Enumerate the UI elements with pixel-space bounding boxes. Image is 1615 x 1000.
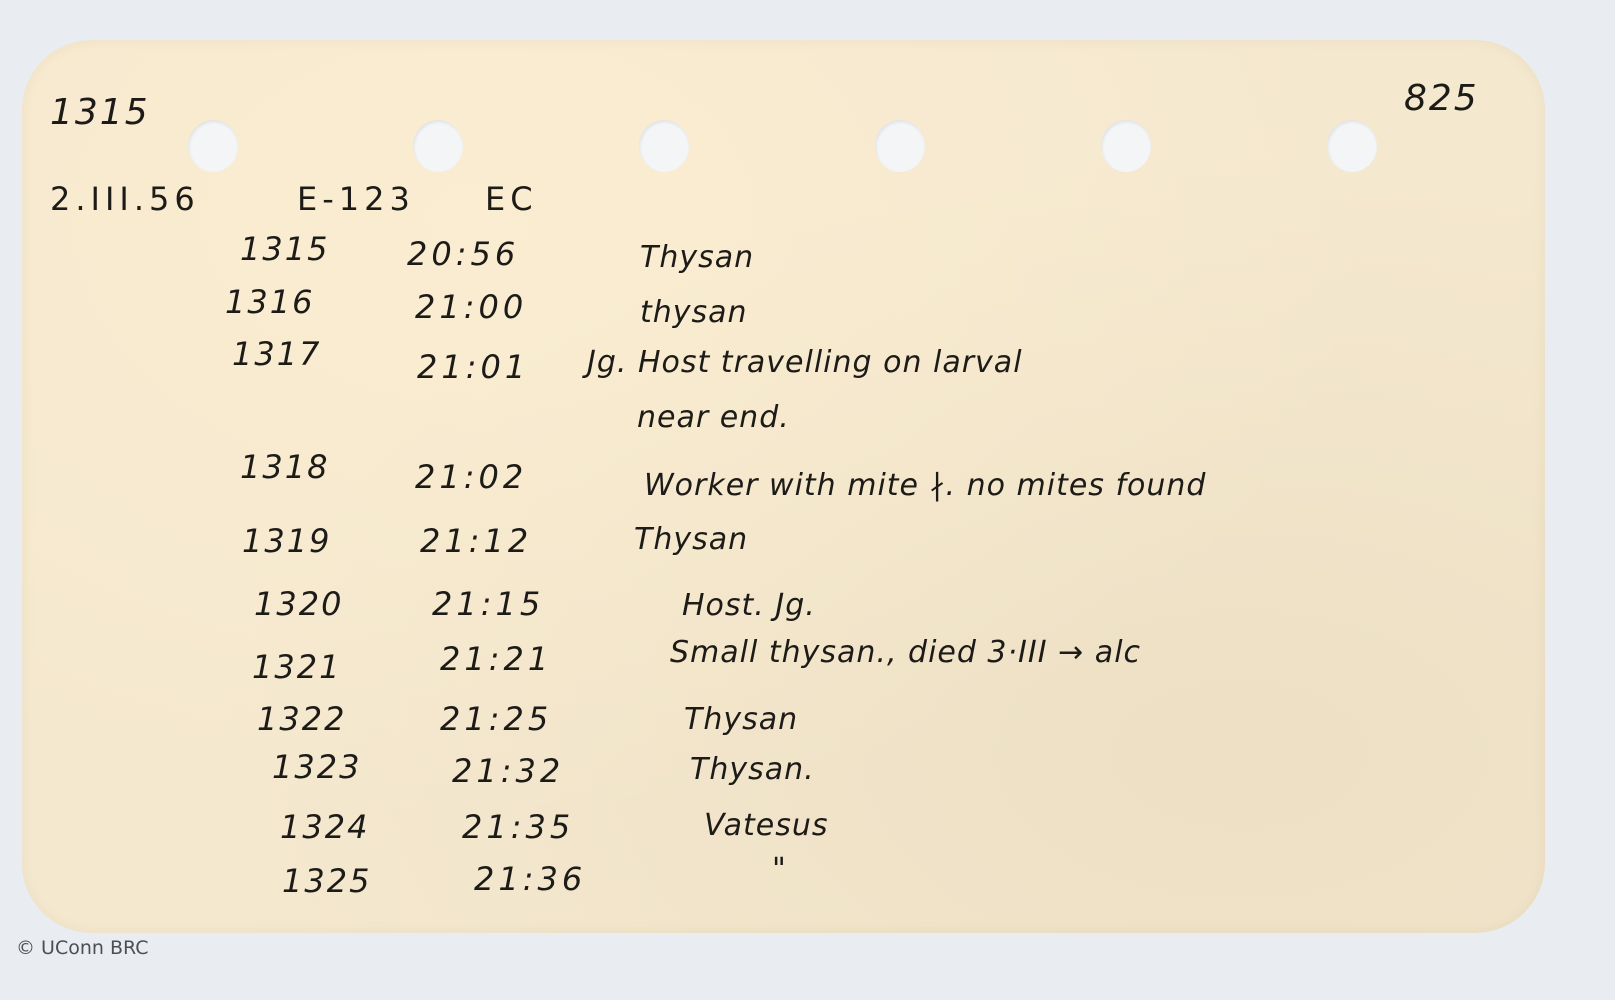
entry-time: 21:35 — [462, 808, 574, 846]
header-initials: EC — [485, 180, 538, 218]
entry-number: 1324 — [280, 808, 369, 846]
corner-number-right: 825 — [1404, 78, 1479, 119]
entry-time: 21:00 — [415, 288, 527, 326]
entry-note: Thysan. — [690, 752, 815, 787]
entry-note-continuation: near end. — [637, 400, 790, 435]
entry-time: 21:01 — [417, 348, 529, 386]
entry-time: 21:21 — [440, 640, 552, 678]
copyright-notice: © UConn BRC — [16, 937, 149, 959]
entry-note: Vatesus — [704, 808, 828, 843]
entry-number: 1325 — [282, 862, 371, 900]
index-card: 1315 825 2.III.56 E-123 EC 1315 20:56 Th… — [22, 40, 1545, 933]
entry-note: Thysan — [640, 240, 754, 275]
punch-hole — [188, 120, 238, 172]
entry-number: 1321 — [252, 648, 341, 686]
corner-number-left: 1315 — [50, 92, 150, 133]
entry-note: Host. Jg. — [682, 588, 816, 623]
entry-note: Small thysan., died 3·III → alc — [670, 635, 1141, 670]
punch-hole — [639, 120, 689, 172]
entry-note: Thysan — [634, 522, 748, 557]
entry-note: Thysan — [684, 702, 798, 737]
entry-note: Jg. Host travelling on larval — [587, 345, 1023, 380]
entry-time: 20:56 — [407, 235, 519, 273]
entry-time: 21:36 — [474, 860, 586, 898]
punch-hole — [875, 120, 925, 172]
entry-note: " — [772, 852, 787, 887]
entry-time: 21:15 — [432, 585, 544, 623]
punch-hole — [1327, 120, 1377, 172]
entry-number: 1317 — [232, 335, 321, 373]
entry-number: 1322 — [257, 700, 346, 738]
header-date: 2.III.56 — [50, 180, 200, 218]
entry-time: 21:12 — [420, 522, 532, 560]
entry-time: 21:32 — [452, 752, 564, 790]
entry-number: 1320 — [254, 585, 343, 623]
punch-hole — [1101, 120, 1151, 172]
punch-hole — [413, 120, 463, 172]
entry-time: 21:25 — [440, 700, 552, 738]
entry-note: thysan — [640, 295, 748, 330]
entry-number: 1319 — [242, 522, 331, 560]
entry-note: Worker with mite ∤. no mites found — [644, 468, 1206, 503]
entry-number: 1323 — [272, 748, 361, 786]
entry-number: 1318 — [240, 448, 329, 486]
entry-time: 21:02 — [415, 458, 527, 496]
entry-number: 1315 — [240, 230, 329, 268]
entry-number: 1316 — [225, 283, 314, 321]
header-code: E-123 — [297, 180, 415, 218]
